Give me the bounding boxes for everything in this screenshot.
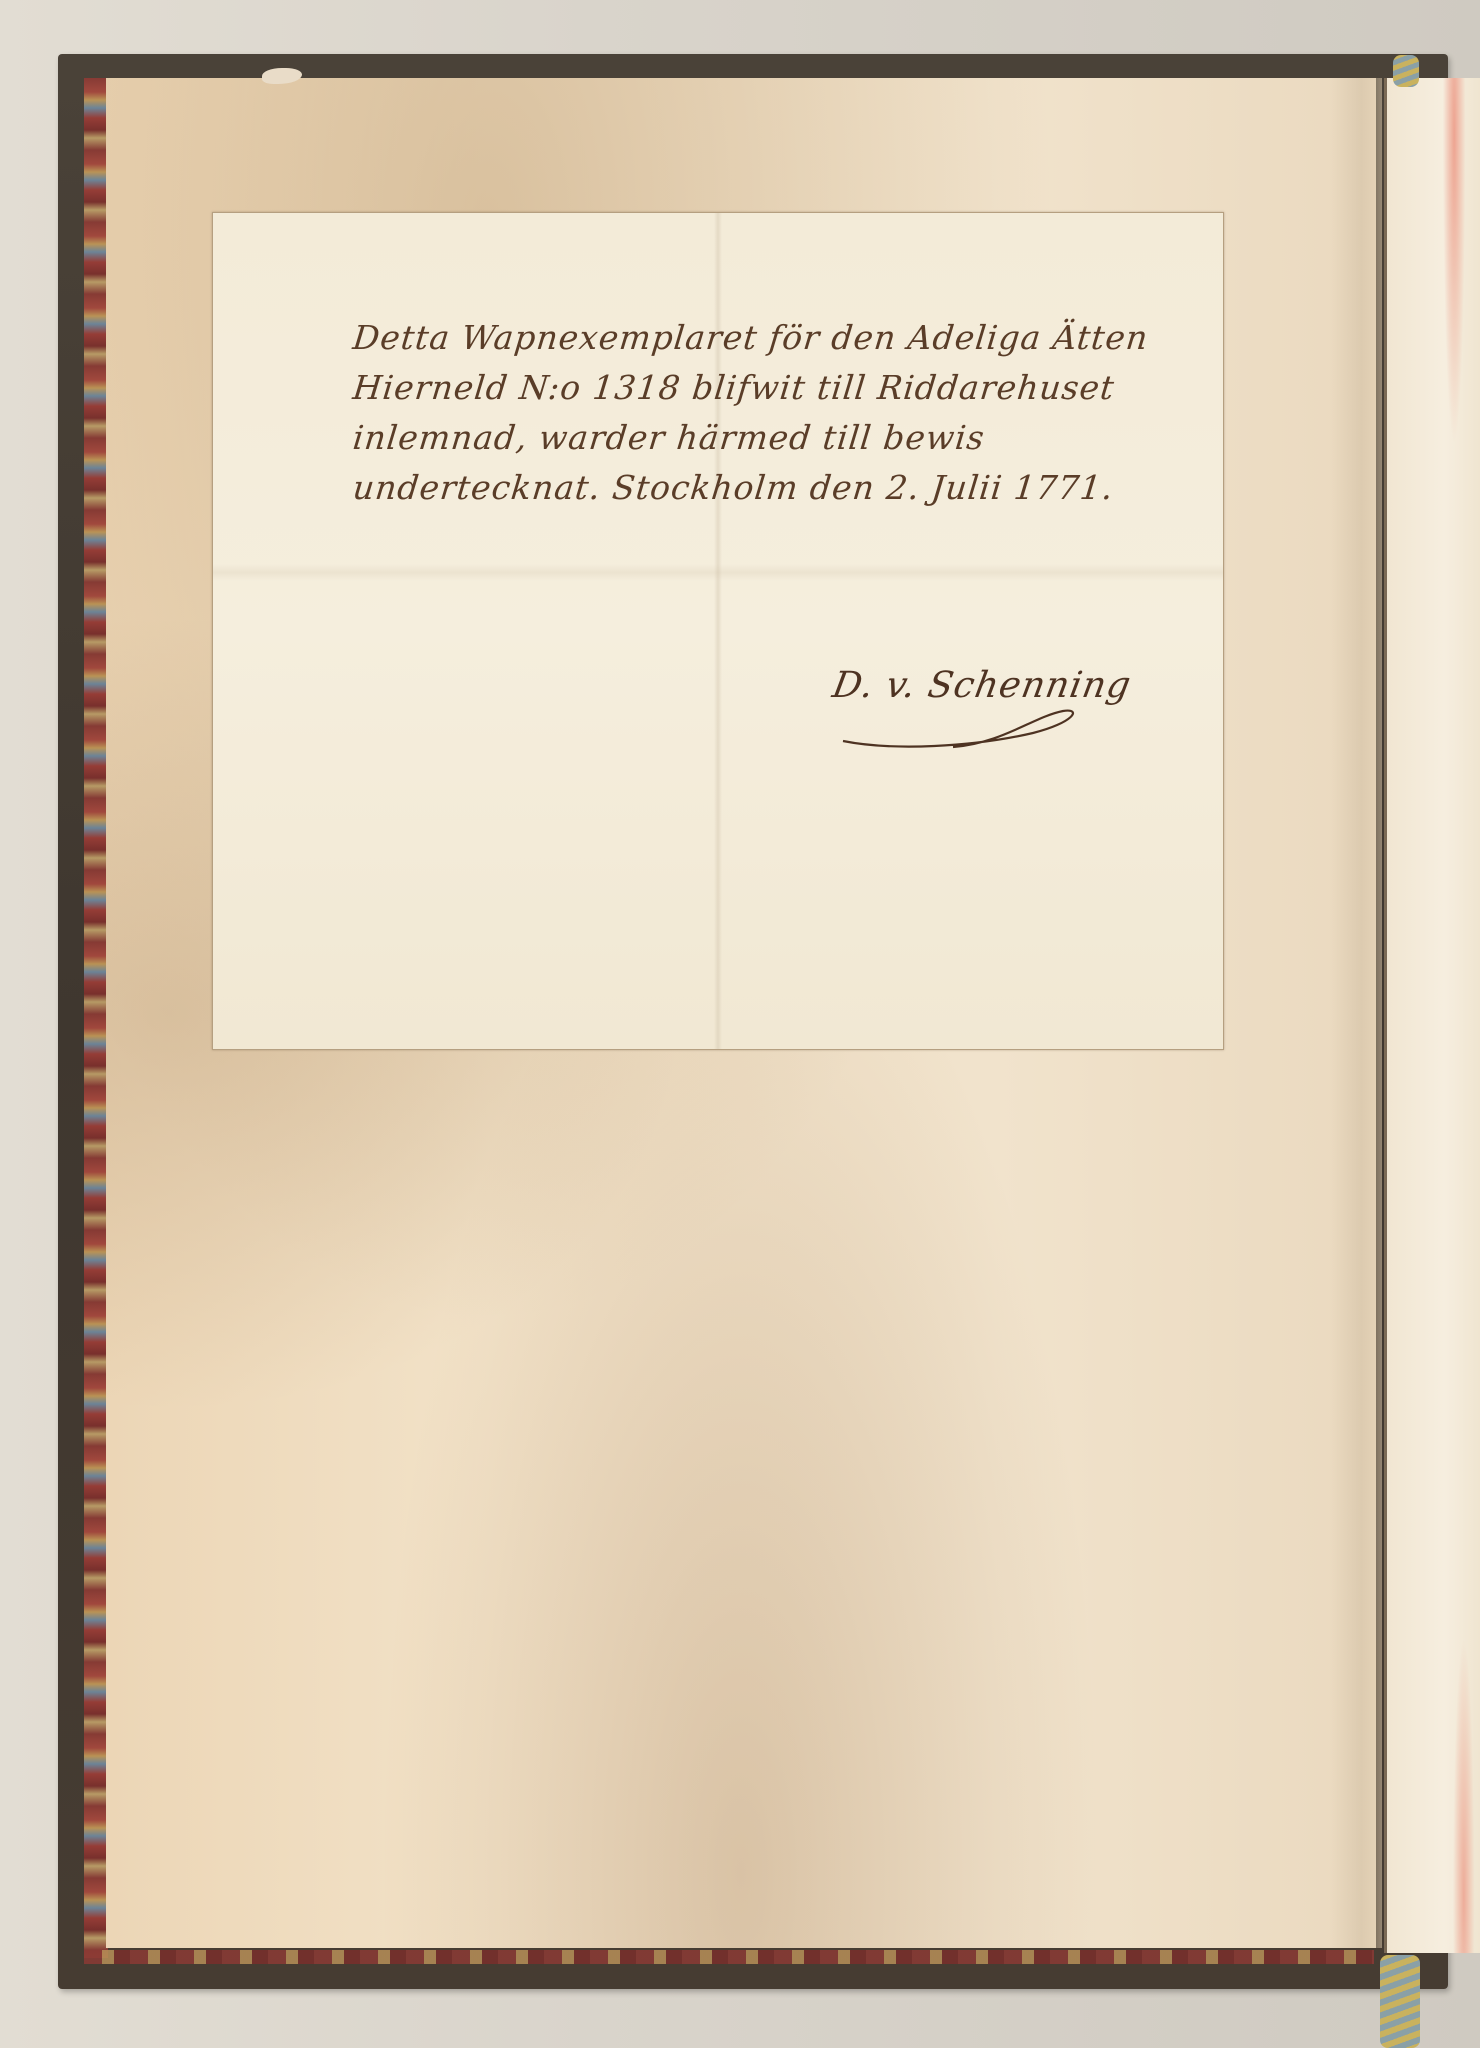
gutter-shadow (1330, 78, 1382, 1948)
bookmark-ribbon-top (1393, 55, 1419, 87)
marbled-bottom-edge (84, 1950, 1374, 1964)
text-line-4: undertecknat. Stockholm den 2. Julii 177… (350, 463, 1195, 513)
text-line-2: Hierneld N:o 1318 blifwit till Riddarehu… (350, 363, 1195, 413)
pasted-handwritten-note: Detta Wapnexemplaret för den Adeliga Ätt… (212, 212, 1224, 1050)
marbled-endpaper-edge (84, 78, 108, 1958)
scanned-book-page: Detta Wapnexemplaret för den Adeliga Ätt… (0, 0, 1480, 2048)
handwritten-text: Detta Wapnexemplaret för den Adeliga Ätt… (353, 313, 1193, 513)
text-line-1: Detta Wapnexemplaret för den Adeliga Ätt… (350, 313, 1195, 363)
text-line-3: inlemnad, warder härmed till bewis (350, 413, 1195, 463)
bookmark-ribbon-bottom (1380, 1955, 1420, 2048)
signature-flourish-icon (833, 703, 1253, 753)
signature: D. v. Schenning (829, 665, 1134, 706)
right-page-edge (1384, 78, 1480, 1953)
